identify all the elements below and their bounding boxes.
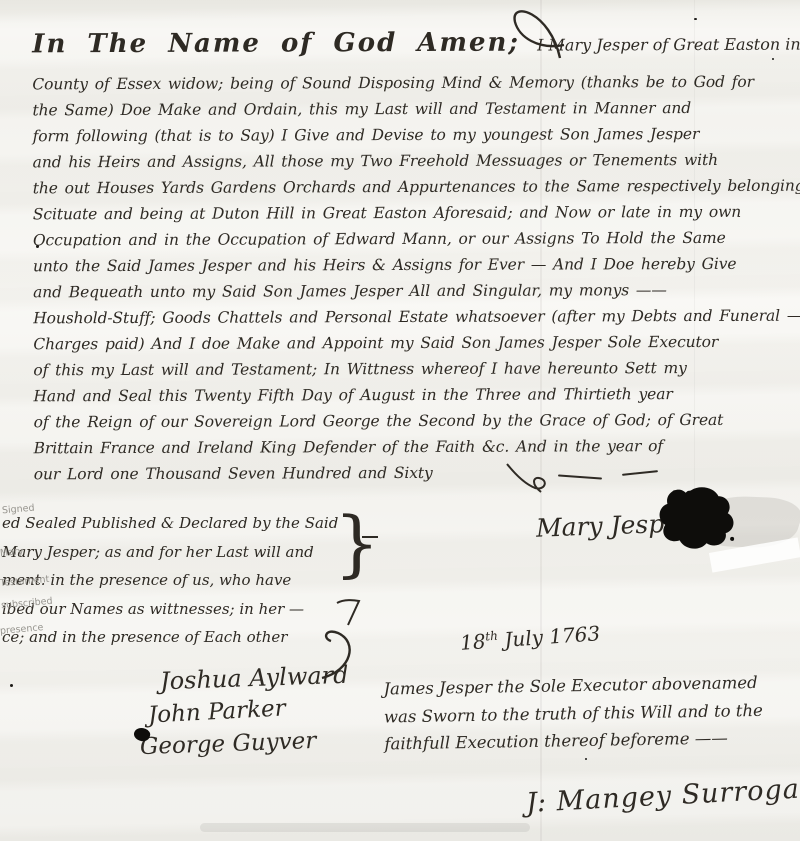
scan-smudge xyxy=(200,823,530,832)
will-line: of the Reign of our Sovereign Lord Georg… xyxy=(34,411,786,440)
opening-rest: I Mary Jesper of Great Easton in the xyxy=(537,35,800,55)
will-line: the Same) Doe Make and Ordain, this my L… xyxy=(32,99,784,128)
will-line: unto the Said James Jesper and his Heirs… xyxy=(33,255,785,284)
attestation-line: ibed our Names as wittnesses; in her — xyxy=(2,600,362,629)
attestation-clause: ed Sealed Published & Declared by the Sa… xyxy=(2,514,362,657)
ink-speck xyxy=(36,245,39,248)
will-line: Hand and Seal this Twenty Fifth Day of A… xyxy=(33,385,785,414)
will-line: the out Houses Yards Gardens Orchards an… xyxy=(33,177,785,206)
probate-date-ordinal: th xyxy=(485,629,499,644)
ink-speck xyxy=(694,18,697,20)
probate-clause: James Jesper the Sole Executor abovename… xyxy=(383,673,784,762)
will-line: Houshold-Stuff; Goods Chattels and Perso… xyxy=(33,307,785,336)
will-line: Occupation and in the Occupation of Edwa… xyxy=(33,229,785,258)
probate-line: faithfull Execution thereof beforeme —— xyxy=(384,728,784,762)
probate-date-day: 18 xyxy=(459,629,486,655)
will-line: County of Essex widow; being of Sound Di… xyxy=(32,73,784,102)
attestation-line: Mary Jesper; as and for her Last will an… xyxy=(2,543,362,572)
attestation-brace-dash xyxy=(362,536,378,538)
surrogate-signature: J: Mangey Surrogate xyxy=(525,772,800,819)
attestation-brace: } xyxy=(334,500,380,586)
will-line: Scituate and being at Duton Hill in Grea… xyxy=(33,203,785,232)
will-line: Brittain France and Ireland King Defende… xyxy=(34,437,786,466)
pencil-margin-note: Mary xyxy=(0,546,24,559)
will-opening-line: In The Name of God Amen; I Mary Jesper o… xyxy=(32,27,784,76)
attestation-line: ed Sealed Published & Declared by the Sa… xyxy=(2,514,362,543)
will-line: of this my Last will and Testament; In W… xyxy=(33,359,785,388)
will-line: Charges paid) And I doe Make and Appoint… xyxy=(33,333,785,362)
ink-speck xyxy=(772,58,774,60)
opening-phrase: In The Name of God Amen; xyxy=(32,28,520,60)
will-body-text: In The Name of God Amen; I Mary Jesper o… xyxy=(32,27,786,492)
will-line: and his Heirs and Assigns, All those my … xyxy=(33,151,785,180)
witness-signature: John Parker xyxy=(147,695,286,728)
will-line: form following (that is to Say) I Give a… xyxy=(33,125,785,154)
witness-signature: Joshua Aylward xyxy=(160,661,349,696)
witness-signature: George Guyver xyxy=(140,728,317,760)
seal-ink-blot xyxy=(646,478,745,559)
ink-speck xyxy=(10,684,13,687)
pen-flourish xyxy=(505,458,553,498)
will-line: and Bequeath unto my Said Son James Jesp… xyxy=(33,281,785,310)
attestation-line: ment. in the presence of us, who have xyxy=(2,571,362,600)
probate-date: 18th July 1763 xyxy=(459,621,601,655)
probate-date-month-year: July 1763 xyxy=(504,621,601,652)
ink-speck xyxy=(585,758,587,760)
attestation-line: ce; and in the presence of Each other xyxy=(2,628,362,657)
scanned-will-page: In The Name of God Amen; I Mary Jesper o… xyxy=(0,0,800,841)
attestation-hook-mark xyxy=(336,598,362,626)
